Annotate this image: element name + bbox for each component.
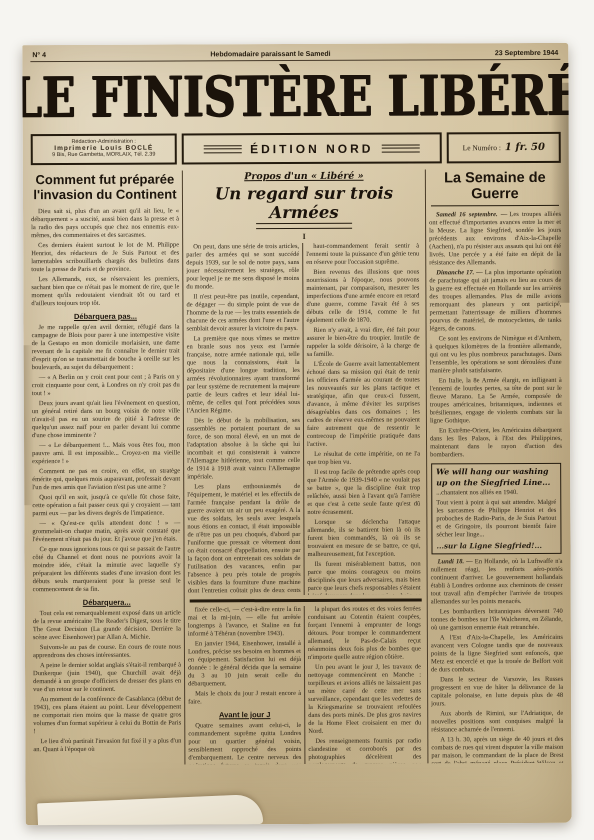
- paragraph: Ce que nous ignorions tous ce qui se pas…: [32, 546, 180, 595]
- paragraph: — « A Berlin on y croit cent pour cent ;…: [32, 374, 180, 399]
- article-week-of-war: La Semaine de Guerre Samedi 16 septembre…: [429, 169, 564, 764]
- article-regard-title: Un regard sur trois Armées: [186, 183, 422, 222]
- tagline: Hebdomadaire paraissant le Samedi: [210, 51, 330, 59]
- article-invasion-continuation: fixée celle-ci, — c'est-à-dire entre la …: [188, 605, 425, 764]
- paragraph: La première que nous vîmes se mettre en …: [187, 335, 300, 415]
- price-value: 1 fr. 50: [505, 142, 545, 153]
- war-week-entry: Dans le secteur de Varsovie, les Russes …: [431, 676, 563, 709]
- article-invasion-intro: Dieu sait si, plus d'un an avant qu'il a…: [31, 208, 179, 309]
- paragraph: fixée celle-ci, — c'est-à-dire entre la …: [188, 606, 301, 638]
- paragraph: En janvier 1944, Eisenhower, installé à …: [188, 640, 301, 688]
- continuation-column-1: fixée celle-ci, — c'est-à-dire entre la …: [188, 606, 302, 764]
- paragraph: Rien n'y avait, à vrai dire, été fait po…: [307, 326, 420, 358]
- subhead-avant-jour-j: Avant le jour J: [188, 710, 301, 719]
- paragraph: Je me rappelle qu'en avril dernier, réfu…: [32, 324, 180, 373]
- regard-column-1: On peut, dans une série de trois article…: [186, 243, 301, 595]
- paragraph: Bien revenus des illusions que nous nour…: [306, 268, 419, 324]
- paragraph: Le lieu d'où partirait l'invasion fut fi…: [33, 738, 181, 755]
- imprint-address: 9 Bis, Rue Gambetta, MORLAIX, Tél. 2.39: [33, 152, 175, 159]
- war-week-entry: Aux abords de Rimini, sur l'Adriatique, …: [431, 710, 563, 735]
- entry-date-label: Lundi 18. —: [438, 558, 473, 565]
- war-week-entry: Lundi 18. —En Hollande, où la Luftwaffe …: [431, 558, 563, 607]
- paragraph: Comment ne pas en croire, en effet, un s…: [32, 468, 180, 493]
- continuation-col1-part-a: fixée celle-ci, — c'est-à-dire entre la …: [188, 606, 301, 706]
- article-kicker: Propos d'un « Libéré »: [186, 170, 422, 182]
- issue-date: 23 Septembre 1944: [495, 50, 558, 57]
- week-of-war-title: La Semaine de Guerre: [431, 170, 559, 207]
- decorative-rule: [381, 144, 419, 152]
- newspaper-page: N° 4 Hebdomadaire paraissant le Samedi 2…: [22, 43, 571, 825]
- decorative-rule: [204, 145, 242, 153]
- entry-text: Ce sont les environs de Nimègue et d'Arn…: [430, 335, 562, 375]
- decorative-rule: [256, 223, 352, 229]
- info-row: Rédaction-Administration : Imprimerie Lo…: [31, 132, 561, 165]
- paragraph: Tout cela est remarquablement exposé dan…: [33, 610, 181, 643]
- continuation-column-2: la plupart des routes et des voies ferré…: [308, 605, 422, 763]
- column-rule: [182, 170, 186, 764]
- week-entries-part1: Samedi 16 septembre. —Les troupes alliée…: [429, 211, 562, 460]
- entry-text: En Extrême-Orient, les Américains débarq…: [430, 427, 562, 459]
- continuation-col1-part-b: Quatre semaines avant celui-ci, le comma…: [188, 722, 301, 764]
- paragraph: Ces derniers étaient surtout le lot de M…: [31, 242, 179, 275]
- entry-date-label: Dimanche 17. —: [436, 269, 483, 276]
- page-corner-curl: [37, 794, 263, 825]
- paragraph: Le résultat de cette impéritie, on ne l'…: [307, 450, 420, 466]
- regard-column-2-paragraphs: haut-commandement ferait sentir à l'enne…: [306, 242, 421, 594]
- article-regard: Propos d'un « Libéré » Un regard sur tro…: [186, 169, 425, 764]
- entry-text: Les bombardiers britanniques déversent 7…: [431, 608, 563, 632]
- column-rule: [425, 169, 429, 763]
- paragraph: Des renseignements fournis par radio cla…: [308, 737, 421, 763]
- article-invasion-part2: Je me rappelle qu'en avril dernier, réfu…: [32, 324, 181, 595]
- paragraph: Deux jours avant qu'ait lieu l'événement…: [32, 400, 180, 441]
- paragraph: Quoi qu'il en soit, jusqu'à ce qu'elle f…: [32, 494, 180, 519]
- paragraph: Dès le début de la mobilisation, ses ras…: [187, 417, 300, 481]
- article-invasion-title: Comment fut préparée l'invasion du Conti…: [31, 173, 179, 203]
- paragraph: Au moment de la conférence de Casablanca…: [33, 696, 181, 737]
- war-week-entry: A l'Est d'Aix-la-Chapelle, les Américain…: [431, 634, 563, 675]
- paragraph: L'École de Guerre avait lamentablement é…: [307, 360, 420, 448]
- war-week-entry: Les bombardiers britanniques déversent 7…: [431, 608, 563, 633]
- paragraph: Dieu sait si, plus d'un an avant qu'il a…: [31, 208, 179, 241]
- war-week-entry: Samedi 16 septembre. —Les troupes alliée…: [429, 211, 561, 268]
- price-box: Le Numéro : 1 fr. 50: [447, 132, 561, 163]
- article-regard-body: On peut, dans une série de trois article…: [186, 242, 424, 595]
- entry-text: En Italie, la 8e Armée élargit, en infli…: [430, 377, 562, 425]
- section-numeral: I: [186, 231, 422, 241]
- war-week-entry: Ce sont les environs de Nimègue et d'Arn…: [430, 335, 562, 376]
- newspaper-title: LE FINISTÈRE LIBÉRÉ: [22, 62, 571, 129]
- page-background: N° 4 Hebdomadaire paraissant le Samedi 2…: [0, 0, 594, 840]
- edition-box: ÉDITION NORD: [182, 132, 442, 164]
- entry-text: Dans le secteur de Varsovie, les Russes …: [431, 676, 563, 708]
- subhead-debarquera-pas: Débarquera pas...: [31, 312, 179, 322]
- paragraph: A peine le dernier soldat anglais s'étai…: [33, 662, 181, 695]
- page-content: Comment fut préparée l'invasion du Conti…: [31, 169, 564, 765]
- war-week-entry: En Extrême-Orient, les Américains débarq…: [430, 427, 562, 460]
- article-invasion-part3: Tout cela est remarquablement exposé dan…: [33, 610, 182, 755]
- column-rule: [304, 606, 306, 764]
- article-regard-header: Propos d'un « Libéré » Un regard sur tro…: [186, 170, 422, 241]
- paragraph: la plupart des routes et des voies ferré…: [308, 605, 421, 661]
- entry-text: A l'Est d'Aix-la-Chapelle, les Américain…: [431, 634, 563, 674]
- war-week-entry: Dimanche 17. —La plus importante opérati…: [429, 269, 561, 334]
- box-body-line1: ...chantaient nos alliés en 1940.: [436, 489, 556, 498]
- paragraph: Il est trop facile de prétendre après co…: [307, 468, 420, 516]
- entry-text: A 13 h. 30, après un siège de 40 jours e…: [431, 736, 563, 764]
- edition-label: ÉDITION NORD: [250, 141, 373, 156]
- paragraph: On peut, dans une série de trois article…: [186, 243, 299, 291]
- paragraph: Les plans enthousiasmés de l'équipement,…: [187, 483, 300, 595]
- entry-text: La plus importante opération de parachut…: [429, 269, 561, 333]
- paragraph: haut-commandement ferait sentir à l'enne…: [306, 242, 419, 266]
- regard-column-2: haut-commandement ferait sentir à l'enne…: [306, 242, 421, 594]
- box-title-line2: up on the Siegfried Line...: [436, 478, 556, 488]
- subhead-debarquera: Débarquera...: [33, 598, 181, 608]
- paragraph: Lorsque se déclencha l'attaque allemande…: [307, 518, 420, 558]
- paragraph: Un peu avant le jour J, les travaux de n…: [308, 663, 421, 735]
- article-invasion: Comment fut préparée l'invasion du Conti…: [31, 171, 182, 766]
- box-body-line2: Tout vient à point à qui sait attendre. …: [436, 499, 556, 540]
- siegfried-line-box: We will hang our washing up on the Siegf…: [431, 463, 561, 555]
- entry-text: Les troupes alliées ont effectué d'impor…: [429, 211, 561, 267]
- issue-number: N° 4: [32, 52, 46, 59]
- week-entries-part2: Lundi 18. —En Hollande, où la Luftwaffe …: [431, 558, 564, 764]
- paragraph: — « Le débarquement !... Mais vous êtes …: [32, 442, 180, 467]
- column-rule: [302, 243, 305, 595]
- war-week-entry: En Italie, la 8e Armée élargit, en infli…: [430, 377, 562, 426]
- paragraph: Mais le choix du jour J restait encore à…: [188, 690, 301, 706]
- continuation-col2-paragraphs: la plupart des routes et des voies ferré…: [308, 605, 422, 763]
- entry-date-label: Samedi 16 septembre. —: [436, 211, 507, 218]
- box-closing-line: ...sur la Ligne Siegfried!...: [436, 541, 556, 551]
- paragraph: — « Qu'est-ce qu'ils attendent donc ! » …: [32, 520, 180, 545]
- paragraph: Suivons-le au pas de course. En cours de…: [33, 644, 181, 661]
- section-divider-rule: [190, 598, 422, 602]
- imprint-box: Rédaction-Administration : Imprimerie Lo…: [31, 134, 177, 166]
- paragraph: Quatre semaines avant celui-ci, le comma…: [188, 722, 301, 764]
- price-label: Le Numéro :: [463, 143, 501, 152]
- paragraph: Il n'est peut-être pas inutile, cependan…: [186, 293, 299, 333]
- paragraph: Les Allemands, eux, se réservaient les p…: [31, 276, 179, 309]
- box-title-line1: We will hang our washing: [436, 467, 556, 477]
- entry-text: Aux abords de Rimini, sur l'Adriatique, …: [431, 710, 563, 734]
- war-week-entry: A 13 h. 30, après un siège de 40 jours e…: [431, 736, 563, 764]
- masthead: LE FINISTÈRE LIBÉRÉ: [30, 60, 560, 132]
- paragraph: Ils furent misérablement battus, non par…: [308, 560, 421, 594]
- top-info-line: N° 4 Hebdomadaire paraissant le Samedi 2…: [30, 48, 560, 59]
